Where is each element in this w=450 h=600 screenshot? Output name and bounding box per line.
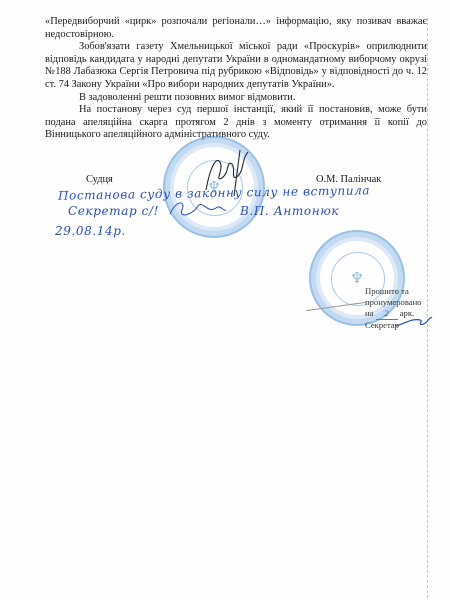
certification-line2: пронумеровано	[365, 297, 435, 308]
certification-signature-icon	[394, 314, 434, 330]
ruling-text: «Передвиборчий «цирк» розпочали регіонал…	[45, 16, 427, 142]
document-page: «Передвиборчий «цирк» розпочали регіонал…	[0, 0, 450, 600]
handwritten-secretary-name: В.П. Антонюк	[240, 204, 339, 218]
certification-line1: Прошито та	[365, 286, 435, 297]
paragraph-dismissal: В задоволенні решти позовних вимог відмо…	[45, 92, 427, 105]
paragraph-obligation: Зобов'язати газету Хмельницької міської …	[45, 41, 427, 91]
handwritten-note-secretary-label: Секретар с/!	[68, 204, 159, 218]
paragraph-appeal: На постанову через суд першої інстанції,…	[45, 104, 427, 142]
secretary-signature-icon	[168, 198, 228, 220]
judge-label: Судця	[86, 174, 113, 185]
handwritten-date: 29.08.14р.	[55, 224, 126, 238]
paragraph-article-reference: «Передвиборчий «цирк» розпочали регіонал…	[45, 16, 427, 41]
trident-emblem-icon: ♆	[350, 269, 364, 288]
